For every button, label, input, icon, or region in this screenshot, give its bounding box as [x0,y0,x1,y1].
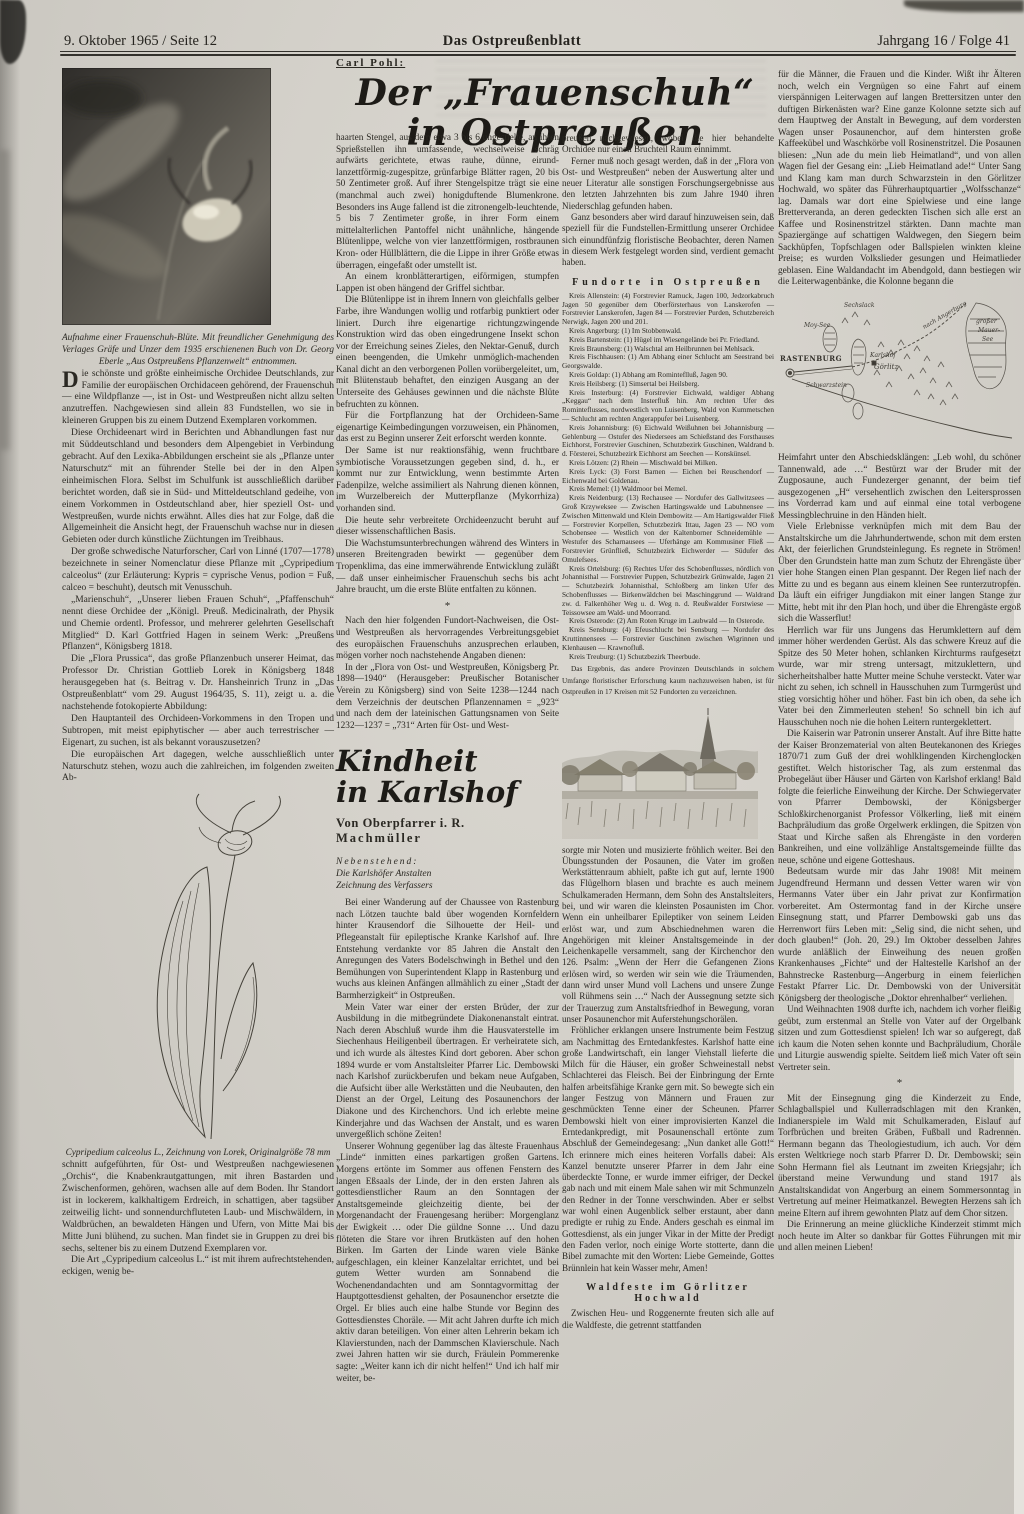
map-label-angerburg: nach Angerburg [922,299,968,330]
column-three: preußen nachgewiesen, wobei die hier beh… [562,133,774,1331]
fundorte-closing: Das Ergebnis, das andere Provinzen Deuts… [562,663,774,697]
fundorte-list: Kreis Allenstein: (4) Forstrevier Ramuck… [562,292,774,661]
drop-cap: D [62,369,82,389]
body-paragraph: Ferner muß noch gesagt werden, daß in de… [562,156,774,212]
karlshof-village-illustration [562,703,758,839]
village-drawing [562,703,774,842]
map-label-mauersee: großer Mauer- See [976,318,1002,343]
body-paragraph: Bei einer Wanderung auf der Chaussee von… [336,898,559,1002]
waldfeste-header: Waldfeste im Görlitzer Hochwald [562,1282,774,1305]
lead-paragraph: Die schönste und größte einheimische Orc… [62,369,334,429]
column-two: haarten Stengel, aus dem etwa 3 bis 6 un… [336,133,559,1385]
note-line2: Die Karlshöfer Anstalten [336,868,559,880]
body-paragraph: preußen nachgewiesen, wobei die hier beh… [562,133,774,156]
karlshof-note: Nebenstehend: Die Karlshöfer Anstalten Z… [336,856,559,892]
map-label-sechslack: Sechslack [844,302,875,309]
column-left: Aufnahme einer Frauenschuh-Blüte. Mit fr… [62,68,334,1279]
body-paragraph: Der Same ist nur reaktionsfähig, wenn fr… [336,446,559,516]
body-paragraph: sorgte mir Noten und musizierte fröhlich… [562,845,774,1026]
body-paragraph: Die Blütenlippe ist in ihrem Innern von … [336,295,559,411]
rastenburg-map-illustration: RASTENBURG Moy-See Sechslack Karlshof Sc… [778,295,1018,445]
body-paragraph: schnitt aufgeführten, für Ost- und Westp… [62,1160,334,1255]
body-paragraph: Fröhlicher erklangen unsere Instrumente … [562,1025,774,1274]
scan-blot-top-right [904,0,1024,12]
body-paragraph: Heimfahrt unter den Abschiedsklängen: „L… [778,453,1021,522]
map-label-goerlitz: Görlitz [874,363,898,371]
map-label-schwarzstein: Schwarzstein [806,382,847,389]
body-paragraph: Mein Vater war einer der ersten Brüder, … [336,1003,559,1142]
fundorte-entry: Kreis Fischhausen: (1) Am Abhang einer S… [562,353,774,371]
byline-line1: Von Oberpfarrer i. R. [336,816,559,831]
byline-line2: Machmüller [336,831,559,846]
body-paragraph: Viele Erlebnisse verknüpfen mich mit dem… [778,522,1021,626]
body-paragraph: Unserer Wohnung gegenüber lag das ältest… [336,1142,559,1385]
map-label-karlshof: Karlshof [869,352,897,359]
body-paragraph: Und Weihnachten 1908 durfte ich, nachdem… [778,1005,1021,1074]
scan-blot-top-left [0,0,26,64]
fundorte-entry: Kreis Ortelsburg: (6) Rechtes Ufer des S… [562,565,774,618]
colA-paragraphs: Diese Orchideenart wird in Berichten und… [62,428,334,785]
orchid-photo [62,68,334,330]
body-paragraph: Den Hauptanteil des Orchideen-Vorkommens… [62,714,334,750]
fundorte-entry: Kreis Sensburg: (4) Efeuschlucht bei Sen… [562,626,774,652]
body-paragraph: Die Kaiserin war Patronin unserer Anstal… [778,729,1021,867]
drawing-caption: Cypripedium calceolus L., Zeichnung von … [62,1148,334,1160]
newspaper-page: 9. Oktober 1965 / Seite 12 Das Ostpreuße… [0,0,1024,1514]
map-label-moysee: Moy-See [803,322,831,329]
colA-after-drawing: schnitt aufgeführten, für Ost- und Westp… [62,1160,334,1279]
body-paragraph: Diese Orchideenart wird in Berichten und… [62,428,334,547]
sketch-map: RASTENBURG Moy-See Sechslack Karlshof Sc… [778,295,1021,450]
orchid-photo-illustration [62,68,271,325]
body-paragraph: Die europäischen Art dagegen, welche aus… [62,750,334,786]
star-separator: * [336,601,559,613]
body-paragraph: An einem kronblätterartigen, eiförmigen,… [336,272,559,295]
karlshof-headline-line1: Kindheit [336,746,559,777]
body-paragraph: haarten Stengel, aus dem etwa 3 bis 6 un… [336,133,559,272]
karlshof-colC-paragraphs: sorgte mir Noten und musizierte fröhlich… [562,845,774,1274]
colB-paragraphs: haarten Stengel, aus dem etwa 3 bis 6 un… [336,133,559,597]
colC-paragraphs: preußen nachgewiesen, wobei die hier beh… [562,133,774,269]
scan-smudge-left [0,150,10,450]
body-paragraph: Die Erinnerung an meine glückliche Kinde… [778,1220,1021,1255]
body-paragraph: Die „Flora Prussica“, das große Pflanzen… [62,654,334,714]
scan-edge-shadow [0,0,20,1514]
body-paragraph: Die heute sehr verbreitete Orchideenzuch… [336,516,559,539]
body-paragraph: Herrlich war für uns Jungens das Herumkl… [778,626,1021,730]
body-paragraph: Mit der Einsegnung ging die Kinderzeit z… [778,1094,1021,1221]
article-kicker: Carl Pohl: [336,57,774,69]
body-paragraph: Für die Fortpflanzung hat der Orchideen-… [336,411,559,446]
map-label-rastenburg: RASTENBURG [780,354,842,363]
fundorte-entry: Kreis Insterburg: (4) Forstrevier Eichwa… [562,389,774,424]
fundorte-entry: Kreis Allenstein: (4) Forstrevier Ramuck… [562,292,774,327]
karlshof-byline: Von Oberpfarrer i. R. Machmüller [336,816,559,846]
body-paragraph: Die Art „Cypripedium calceolus L.“ ist m… [62,1255,334,1279]
star-separator: * [778,1078,1021,1090]
note-line1: Nebenstehend: [336,856,559,868]
note-line3: Zeichnung des Verfassers [336,880,559,892]
body-paragraph: Bedeutsam wurde mir das Jahr 1908! Mit m… [778,867,1021,1005]
body-paragraph: In der „Flora von Ost- und Westpreußen, … [336,663,559,733]
fundorte-entry: Kreis Treuburg: (1) Schutzbezirk Theerbu… [562,653,774,662]
body-paragraph: Die Wachstumsunterbrechungen während des… [336,539,559,597]
fundorte-entry: Kreis Neidenburg: (13) Rechausee — Nordu… [562,494,774,564]
karlshof-headline-line2: in Karlshof [336,777,559,808]
botanical-drawing [62,791,334,1146]
fundorte-entry: Kreis Johannisburg: (6) Eichwald Weißuhn… [562,424,774,459]
colD-paragraphs: Heimfahrt unter den Abschiedsklängen: „L… [778,453,1021,1074]
colD-lead-paragraph: für die Männer, die Frauen und die Kinde… [778,70,1021,289]
karlshof-headline-block: Kindheit in Karlshof Von Oberpfarrer i. … [336,746,559,892]
body-paragraph: Ganz besonders aber wird darauf hinzuwei… [562,212,774,268]
cypripedium-drawing-illustration [85,791,311,1141]
photo-caption: Aufnahme einer Frauenschuh-Blüte. Mit fr… [62,333,334,369]
issue-line: Jahrgang 16 / Folge 41 [877,33,1010,50]
colD-end-paragraphs: Mit der Einsegnung ging die Kinderzeit z… [778,1094,1021,1255]
lead-text: ie schönste und größte einheimische Orch… [62,369,334,427]
body-paragraph: Der große schwedische Naturforscher, Car… [62,547,334,595]
masthead: Das Ostpreußenblatt [0,33,1024,50]
colB-after-star: Nach den hier folgenden Fundort-Nachweis… [336,616,559,732]
colC-closing: Zwischen Heu- und Roggenernte freuten si… [562,1308,774,1331]
body-paragraph: „Marienschuh“, „Unserer lieben Frauen Sc… [62,595,334,655]
karlshof-colB-paragraphs: Bei einer Wanderung auf der Chaussee von… [336,898,559,1385]
body-paragraph: Nach den hier folgenden Fundort-Nachweis… [336,616,559,662]
column-right: für die Männer, die Frauen und die Kinde… [778,70,1021,1255]
fundorte-entry: Kreis Lyck: (3) Forst Barnen — Eichen be… [562,468,774,486]
fundorte-header: Fundorte in Ostpreußen [562,277,774,288]
